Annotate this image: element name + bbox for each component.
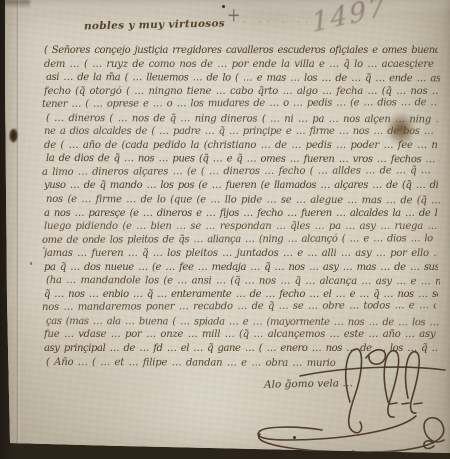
manuscript-scan: nobles y muy virtuosos + · ·· · ·· 1497 … bbox=[0, 0, 450, 459]
vertical-fold-crease bbox=[16, 0, 20, 445]
manuscript-line: nos … mandaremos poner … recabdo … de q̃… bbox=[42, 300, 436, 315]
manuscript-line: jamas … fueren … q̃ … los pleitos … junt… bbox=[44, 247, 438, 261]
manuscript-line: ome de onde los pleitos de q̃s … aliança… bbox=[42, 232, 436, 247]
ink-speck bbox=[352, 450, 355, 452]
cross-mark-icon: + bbox=[227, 3, 240, 27]
manuscript-line: ne a dios alcaldes de ( … padre … q̃ … p… bbox=[44, 125, 438, 139]
manuscript-line: de ( … año de (cada pedido la (christian… bbox=[44, 139, 438, 153]
manuscript-line: yuso … de q̃ mando … los pos (e … fueren… bbox=[44, 179, 438, 193]
ink-speck bbox=[222, 5, 225, 8]
body-text: ( Señores conçejo justiçia rregidores ca… bbox=[44, 44, 438, 369]
manuscript-line: pa q̃ … dos nueue … (e … fee … medaja … … bbox=[44, 261, 438, 275]
faded-dots-row: · ·· · ·· bbox=[243, 17, 313, 27]
ink-speck bbox=[43, 247, 45, 249]
manuscript-line: dem … ( … ruyz de como nos de … por ende… bbox=[44, 58, 438, 72]
manuscript-line: a nos … paresçe (e … dineros e … fijos …… bbox=[44, 207, 438, 221]
top-left-smudge bbox=[0, 0, 30, 8]
paper-sheet: nobles y muy virtuosos + · ·· · ·· 1497 … bbox=[0, 0, 450, 459]
manuscript-line: tener … ( … oprese e … o … los mudares d… bbox=[42, 96, 436, 111]
manuscript-line: ( Señores conçejo justiçia rregidores ca… bbox=[44, 44, 438, 58]
year-annotation: 1497 bbox=[311, 0, 388, 40]
ink-speck bbox=[30, 262, 32, 265]
manuscript-line: a limo … dineros alçares … (e ( … dinero… bbox=[42, 164, 436, 179]
rubric-flourish-icon bbox=[238, 336, 450, 458]
ink-smudge bbox=[386, 112, 416, 146]
ink-speck bbox=[293, 436, 296, 439]
heading-text: nobles y muy virtuosos bbox=[84, 18, 225, 33]
